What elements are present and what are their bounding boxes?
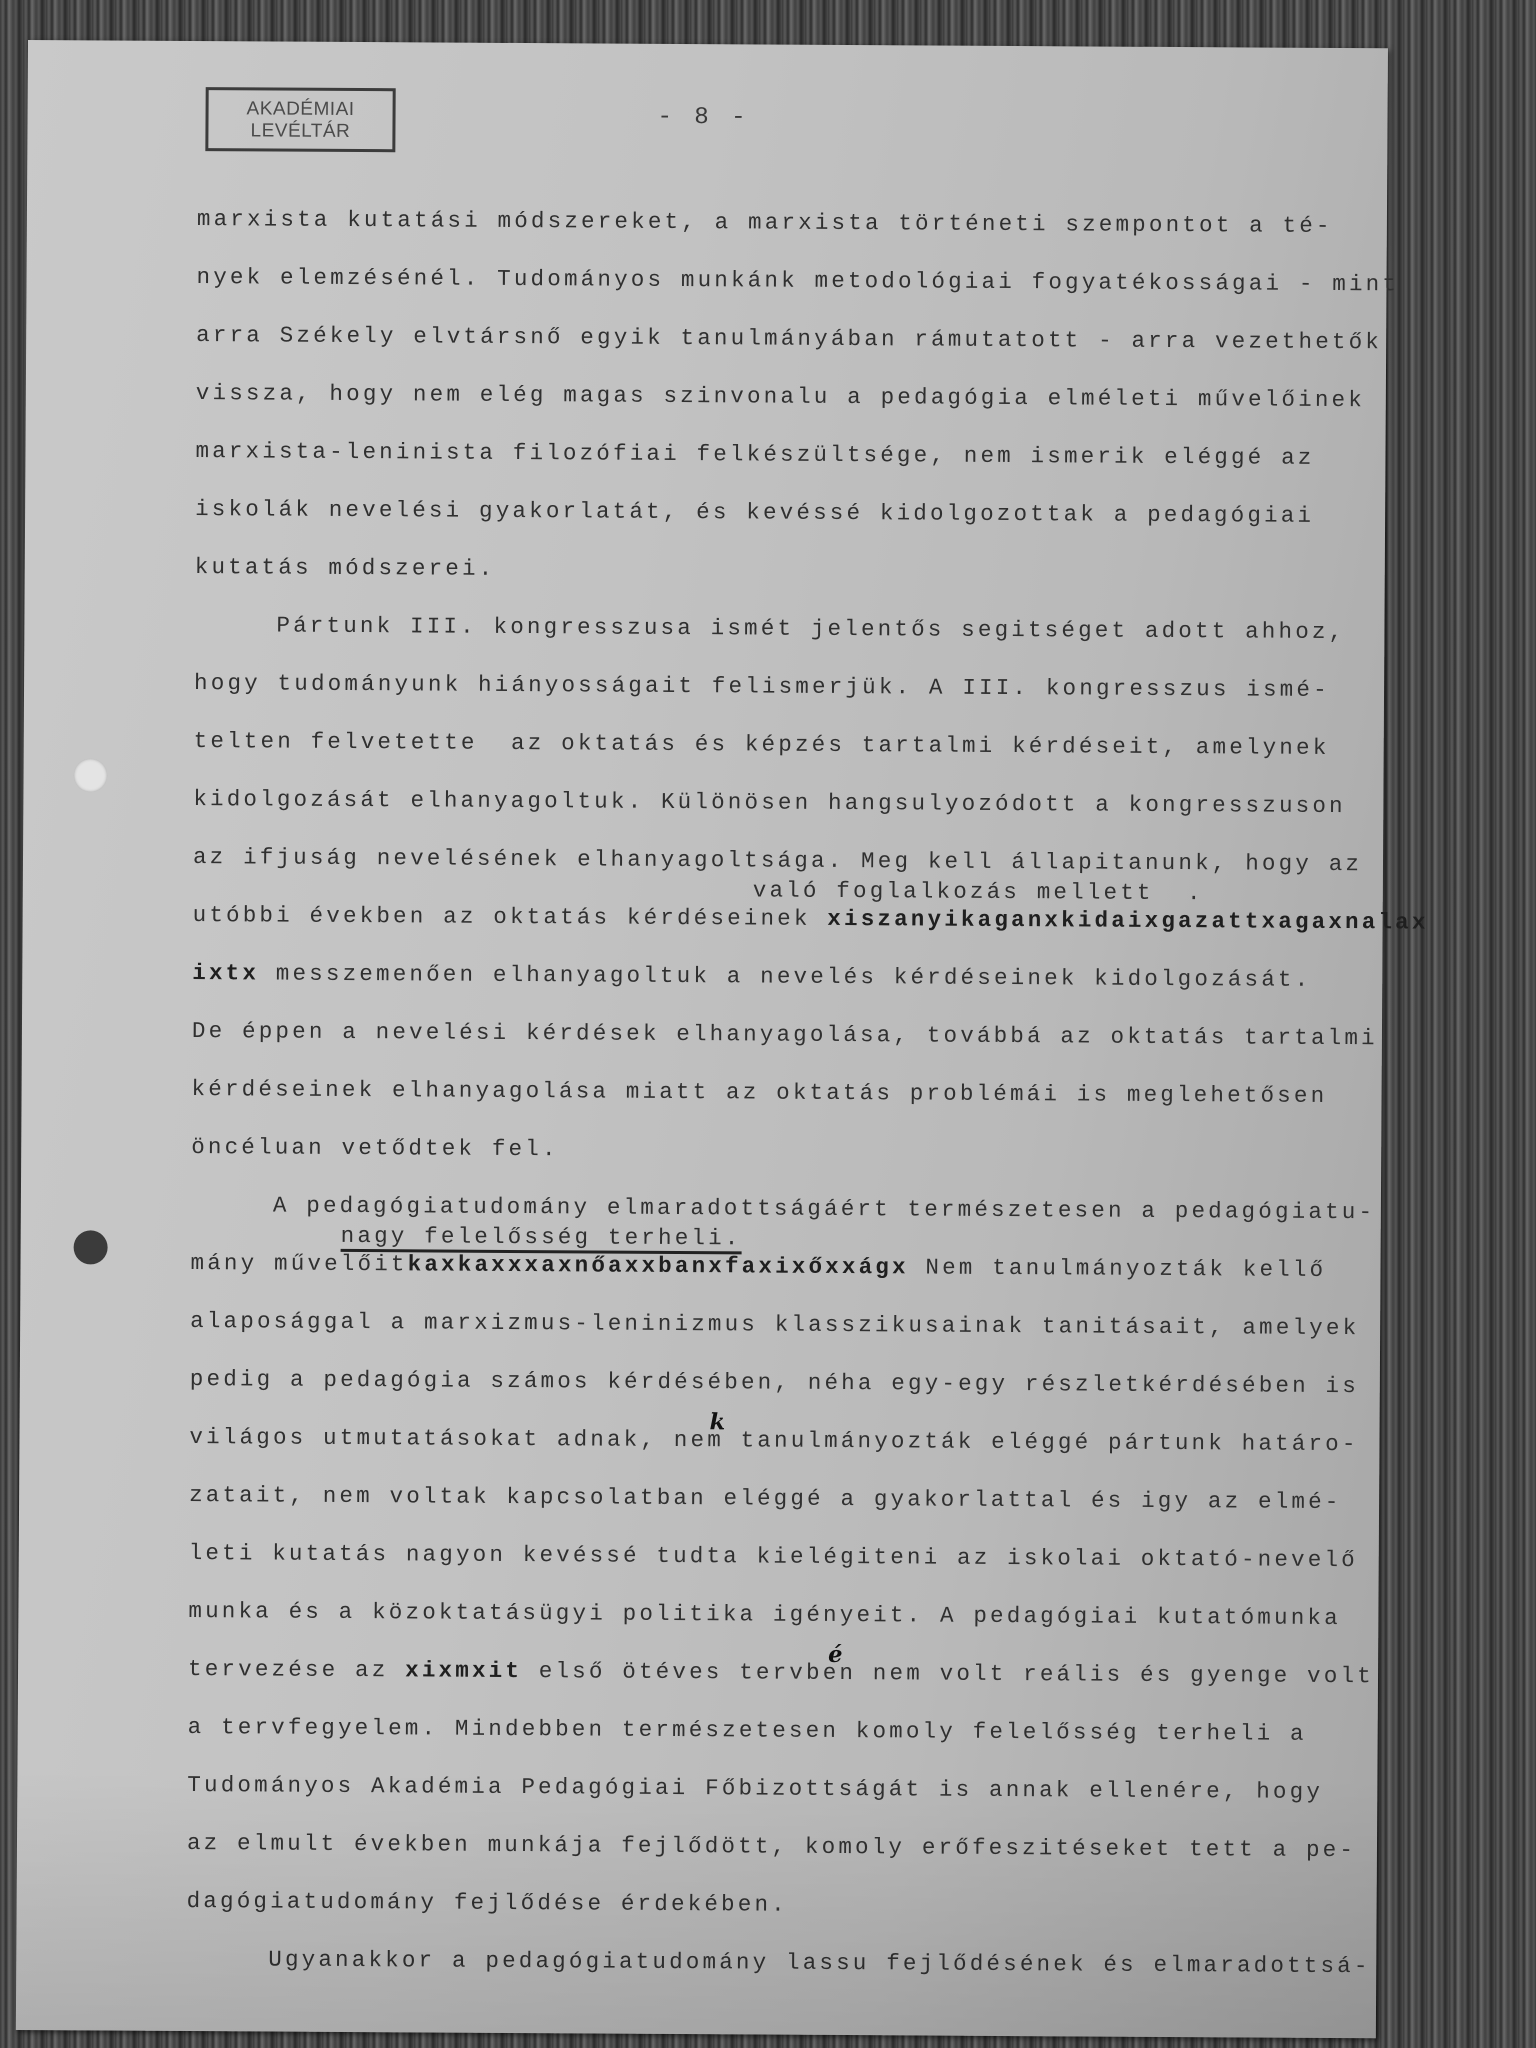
text-line: Pártunk III. kongresszusa ismét jelentős… <box>194 612 1394 677</box>
line-text: utóbbi években az oktatás kérdéseinek <box>193 902 828 932</box>
struck-out-text: xiszanyikaganxkidaixgazattxagaxnalax <box>827 906 1428 936</box>
page-number: - 8 - <box>657 104 749 132</box>
text-line: zatait, nem voltak kapcsolatban eléggé a… <box>189 1482 1389 1547</box>
line-text: tervezése az <box>188 1656 405 1683</box>
text-line: kutatás módszerei. <box>195 554 1395 619</box>
line-text: Nem tanulmányozták kellő <box>909 1254 1327 1283</box>
document-body: marxista kutatási módszereket, a marxist… <box>186 206 1397 2011</box>
typewritten-page: AKADÉMIAI LEVÉLTÁR - 8 - marxista kutatá… <box>16 40 1388 2038</box>
stamp-line-1: AKADÉMIAI <box>209 98 393 121</box>
handwritten-correction: k <box>709 1409 728 1435</box>
line-text: Pártunk III. kongresszusa ismét jelentős… <box>276 613 1345 646</box>
line-text: Tudományos Akadémia Pedagógiai Főbizotts… <box>187 1772 1323 1805</box>
text-line: nyek elemzésénél. Tudományos munkánk met… <box>196 264 1396 329</box>
handwritten-correction: é <box>828 1642 846 1668</box>
text-line: tervezése az xixmxit első ötéves tervben… <box>188 1656 1388 1721</box>
interlinear-insertion: való foglalkozás mellett . <box>753 877 1204 906</box>
text-line: iskolák nevelési gyakorlatát, és kevéssé… <box>195 496 1395 561</box>
text-line: hogy tudományunk hiányosságait felismerj… <box>194 670 1394 735</box>
text-line: dagógiatudomány fejlődése érdekében. <box>186 1888 1386 1953</box>
text-line: leti kutatás nagyon kevéssé tudta kielég… <box>188 1540 1388 1605</box>
text-line: kidolgozását elhanyagoltuk. Különösen ha… <box>193 786 1393 851</box>
text-line: arra Székely elvtársnő egyik tanulmányáb… <box>196 322 1396 387</box>
line-text: dagógiatudomány fejlődése érdekében. <box>187 1888 788 1918</box>
line-text: marxista-leninista filozófiai felkészült… <box>195 438 1314 471</box>
text-line: a tervfegyelem. Mindebben természetesen … <box>187 1714 1387 1779</box>
text-line: világos utmutatásokat adnak, nem tanulmá… <box>189 1424 1389 1489</box>
archive-stamp: AKADÉMIAI LEVÉLTÁR <box>205 87 395 152</box>
text-line: Ugyanakkor a pedagógiatudomány lassu fej… <box>186 1946 1386 2011</box>
struck-out-text: kaxkaxxxaxnőaxxbanxfaxixőxxágx <box>408 1251 909 1280</box>
text-line: való foglalkozás mellett .utóbbi években… <box>192 902 1392 967</box>
punch-hole-icon <box>73 758 107 792</box>
line-text: mány művelőit <box>190 1250 407 1277</box>
line-text: kutatás módszerei. <box>195 554 496 582</box>
text-line: marxista kutatási módszereket, a marxist… <box>197 206 1397 271</box>
line-text: kérdéseinek elhanyagolása miatt az oktat… <box>192 1076 1328 1109</box>
text-line: De éppen a nevelési kérdések elhanyagolá… <box>192 1018 1392 1083</box>
text-line: kérdéseinek elhanyagolása miatt az oktat… <box>191 1076 1391 1141</box>
text-line: munka és a közoktatásügyi politika igény… <box>188 1598 1388 1663</box>
struck-out-text: xixmxit <box>405 1657 522 1684</box>
text-line: az elmult években munkája fejlődött, kom… <box>187 1830 1387 1895</box>
text-line: telten felvetette az oktatás és képzés t… <box>193 728 1393 793</box>
struck-out-text: ixtx <box>192 960 259 986</box>
line-text: iskolák nevelési gyakorlatát, és kevéssé… <box>195 496 1314 529</box>
text-line: alaposággal a marxizmus-leninizmus klass… <box>190 1308 1390 1373</box>
line-text: A pedagógiatudomány elmaradottságáért te… <box>273 1193 1375 1226</box>
line-text: marxista kutatási módszereket, a marxist… <box>197 206 1333 239</box>
line-text: hogy tudományunk hiányosságait felismerj… <box>194 670 1330 703</box>
line-text: első ötéves tervben nem volt reális és g… <box>522 1658 1374 1689</box>
text-line: ixtx messzemenően elhanyagoltuk a nevelé… <box>192 960 1392 1025</box>
interlinear-insertion: nagy felelősség terheli. <box>341 1223 742 1254</box>
punch-hole-icon <box>74 1230 108 1264</box>
text-line: pedig a pedagógia számos kérdésében, néh… <box>190 1366 1390 1431</box>
line-text: a tervfegyelem. Mindebben természetesen … <box>188 1714 1307 1747</box>
line-text: öncéluan vetődtek fel. <box>191 1134 559 1162</box>
text-line: nagy felelősség terheli.mány művelőitkax… <box>190 1250 1390 1315</box>
text-line: öncéluan vetődtek fel. <box>191 1134 1391 1199</box>
line-text: messzemenően elhanyagoltuk a nevelés kér… <box>259 960 1311 992</box>
stamp-line-2: LEVÉLTÁR <box>208 120 392 143</box>
text-line: vissza, hogy nem elég magas szinvonalu a… <box>196 380 1396 445</box>
line-text: telten felvetette az oktatás és képzés t… <box>194 728 1330 761</box>
line-text: Ugyanakkor a pedagógiatudomány lassu fej… <box>268 1947 1370 1980</box>
text-line: Tudományos Akadémia Pedagógiai Főbizotts… <box>187 1772 1387 1837</box>
text-line: marxista-leninista filozófiai felkészült… <box>195 438 1395 503</box>
